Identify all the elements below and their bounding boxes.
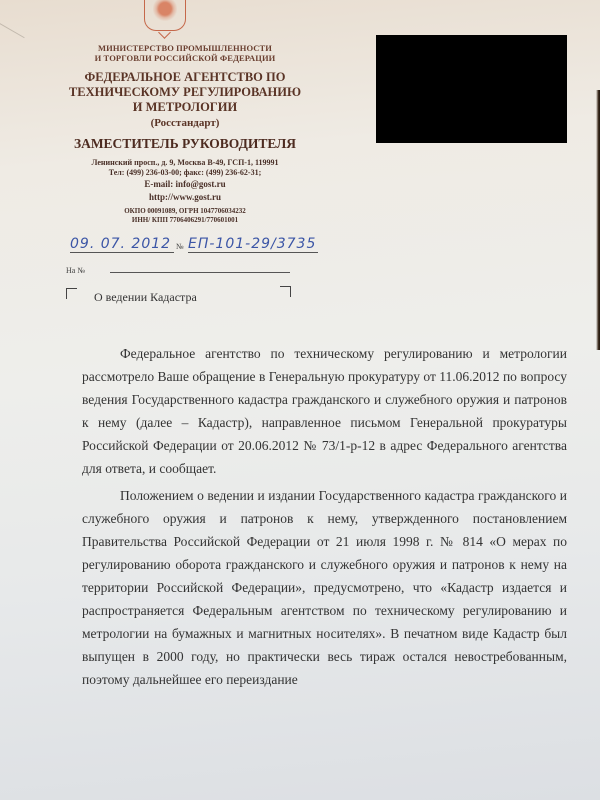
document-page: МИНИСТЕРСТВО ПРОМЫШЛЕННОСТИ И ТОРГОВЛИ Р… xyxy=(0,0,600,800)
russian-coat-of-arms-icon xyxy=(144,0,186,31)
ministry-name: МИНИСТЕРСТВО ПРОМЫШЛЕННОСТИ И ТОРГОВЛИ Р… xyxy=(60,43,310,63)
registration-codes: ОКПО 00091089, ОГРН 1047706034232 ИНН/ К… xyxy=(60,207,310,225)
address: Ленинский просп., д. 9, Москва В-49, ГСП… xyxy=(60,158,310,168)
inn-kpp: ИНН/ КПП 7706406291/770601001 xyxy=(60,216,310,225)
signatory-position: ЗАМЕСТИТЕЛЬ РУКОВОДИТЕЛЯ xyxy=(60,136,310,152)
body-paragraph: Положением о ведении и издании Государст… xyxy=(82,484,567,691)
reply-to-label: На № xyxy=(66,266,85,275)
reply-to-line xyxy=(110,272,290,273)
agency-name: ФЕДЕРАЛЬНОЕ АГЕНТСТВО ПО ТЕХНИЧЕСКОМУ РЕ… xyxy=(60,70,310,115)
subject-line: О ведении Кадастра xyxy=(94,290,197,305)
subject-bracket-left xyxy=(66,288,77,299)
letter-body: Федеральное агентство по техническому ре… xyxy=(82,342,567,691)
agency-short-name: (Росстандарт) xyxy=(60,117,310,129)
website: http://www.gost.ru xyxy=(60,191,310,204)
outgoing-date: 09. 07. 2012 xyxy=(70,236,174,253)
registration-line: 09. 07. 2012 № ЕП-101-29/3735 xyxy=(64,236,324,260)
body-paragraph: Федеральное агентство по техническому ре… xyxy=(82,342,567,480)
subject-bracket-right xyxy=(280,286,291,297)
redaction-box xyxy=(376,35,567,143)
okpo-ogrn: ОКПО 00091089, ОГРН 1047706034232 xyxy=(60,207,310,216)
double-headed-eagle-icon xyxy=(153,0,177,22)
page-fold-line xyxy=(0,0,35,38)
number-sign: № xyxy=(176,242,184,251)
page-edge-shadow xyxy=(596,90,600,350)
email: E-mail: info@gost.ru xyxy=(60,178,310,191)
contact-block: Ленинский просп., д. 9, Москва В-49, ГСП… xyxy=(60,158,310,204)
outgoing-number: ЕП-101-29/3735 xyxy=(188,236,318,253)
phone-fax: Тел: (499) 236-03-00; факс: (499) 236-62… xyxy=(60,168,310,178)
